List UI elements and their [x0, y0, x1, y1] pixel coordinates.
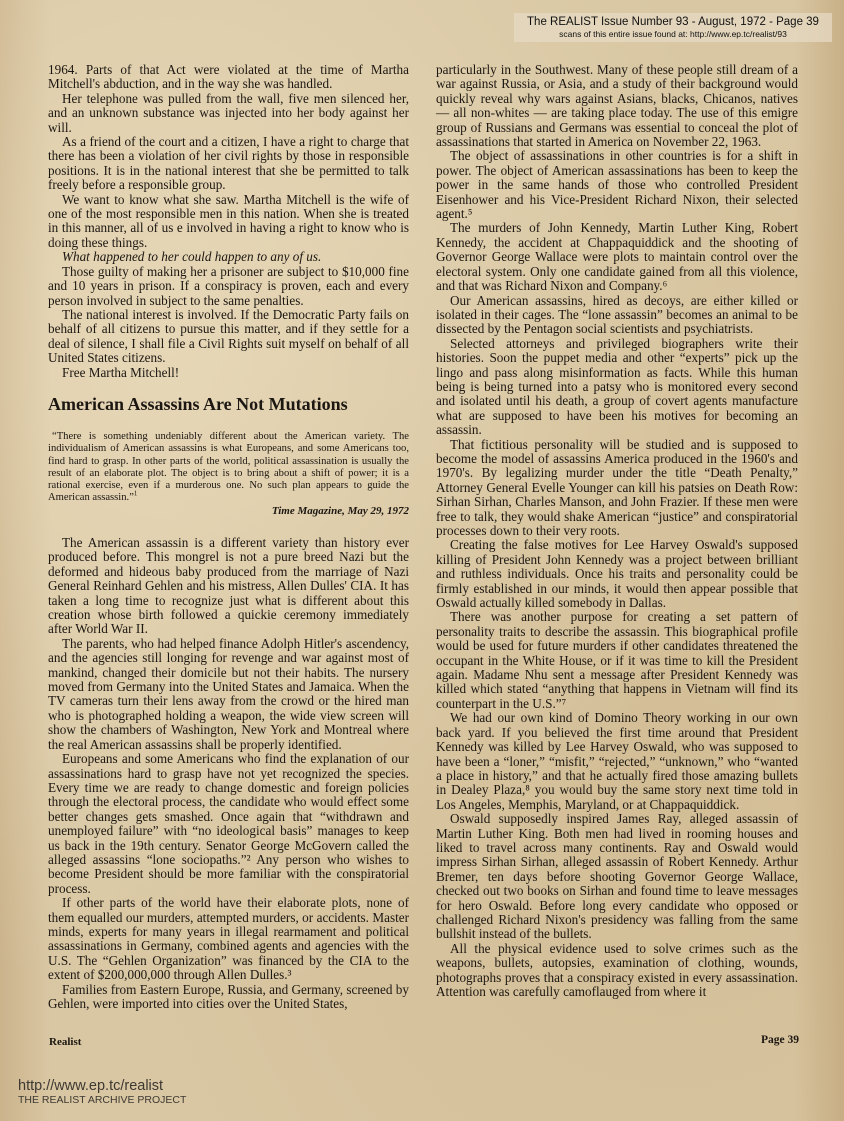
paragraph: Creating the false motives for Lee Harve… [436, 538, 798, 610]
paragraph: Europeans and some Americans who find th… [48, 752, 409, 896]
archive-watermark: http://www.ep.tc/realist THE REALIST ARC… [18, 1078, 186, 1106]
left-paragraphs-after: The American assassin is a different var… [48, 536, 409, 1011]
left-paragraphs-before: 1964. Parts of that Act were violated at… [48, 63, 409, 380]
left-column: 1964. Parts of that Act were violated at… [48, 63, 409, 1011]
archive-project-name: THE REALIST ARCHIVE PROJECT [18, 1094, 186, 1106]
paragraph: The American assassin is a different var… [48, 536, 409, 637]
paragraph: The object of assassinations in other co… [436, 149, 798, 221]
paragraph: Selected attorneys and privileged biogra… [436, 337, 798, 438]
epigraph-citation: Time Magazine, May 29, 1972 [48, 505, 409, 517]
archive-url[interactable]: http://www.ep.tc/realist [18, 1078, 186, 1094]
paragraph: The national interest is involved. If th… [48, 308, 409, 366]
paragraph: Her telephone was pulled from the wall, … [48, 92, 409, 135]
footer-page-number: Page 39 [761, 1034, 799, 1046]
paragraph: The murders of John Kennedy, Martin Luth… [436, 221, 798, 293]
paragraph: As a friend of the court and a citizen, … [48, 135, 409, 193]
footer-magazine-name: Realist [49, 1036, 81, 1048]
issue-scan-link[interactable]: scans of this entire issue found at: htt… [518, 29, 828, 39]
paragraph: There was another purpose for creating a… [436, 610, 798, 711]
epigraph: “There is something undeniably different… [48, 431, 409, 517]
paragraph: particularly in the Southwest. Many of t… [436, 63, 798, 149]
issue-title: The REALIST Issue Number 93 - August, 19… [518, 15, 828, 29]
paragraph: 1964. Parts of that Act were violated at… [48, 63, 409, 92]
paragraph: Free Martha Mitchell! [48, 366, 409, 380]
right-column: particularly in the Southwest. Many of t… [436, 63, 798, 999]
paragraph: All the physical evidence used to solve … [436, 942, 798, 1000]
article-heading: American Assassins Are Not Mutations [48, 393, 409, 415]
paragraph: Our American assassins, hired as decoys,… [436, 294, 798, 337]
paragraph: We had our own kind of Domino Theory wor… [436, 711, 798, 812]
paragraph: We want to know what she saw. Martha Mit… [48, 193, 409, 251]
paragraph: Oswald supposedly inspired James Ray, al… [436, 812, 798, 942]
right-paragraphs: particularly in the Southwest. Many of t… [436, 63, 798, 999]
paragraph: Families from Eastern Europe, Russia, an… [48, 983, 409, 1012]
epigraph-quote: “There is something undeniably different… [48, 431, 409, 505]
footnote-marker: 1 [134, 490, 138, 498]
paragraph: That fictitious personality will be stud… [436, 438, 798, 539]
issue-header: The REALIST Issue Number 93 - August, 19… [514, 13, 832, 42]
paragraph: What happened to her could happen to any… [48, 250, 409, 264]
paragraph: If other parts of the world have their e… [48, 896, 409, 982]
paragraph: The parents, who had helped finance Adol… [48, 637, 409, 752]
paragraph: Those guilty of making her a prisoner ar… [48, 265, 409, 308]
